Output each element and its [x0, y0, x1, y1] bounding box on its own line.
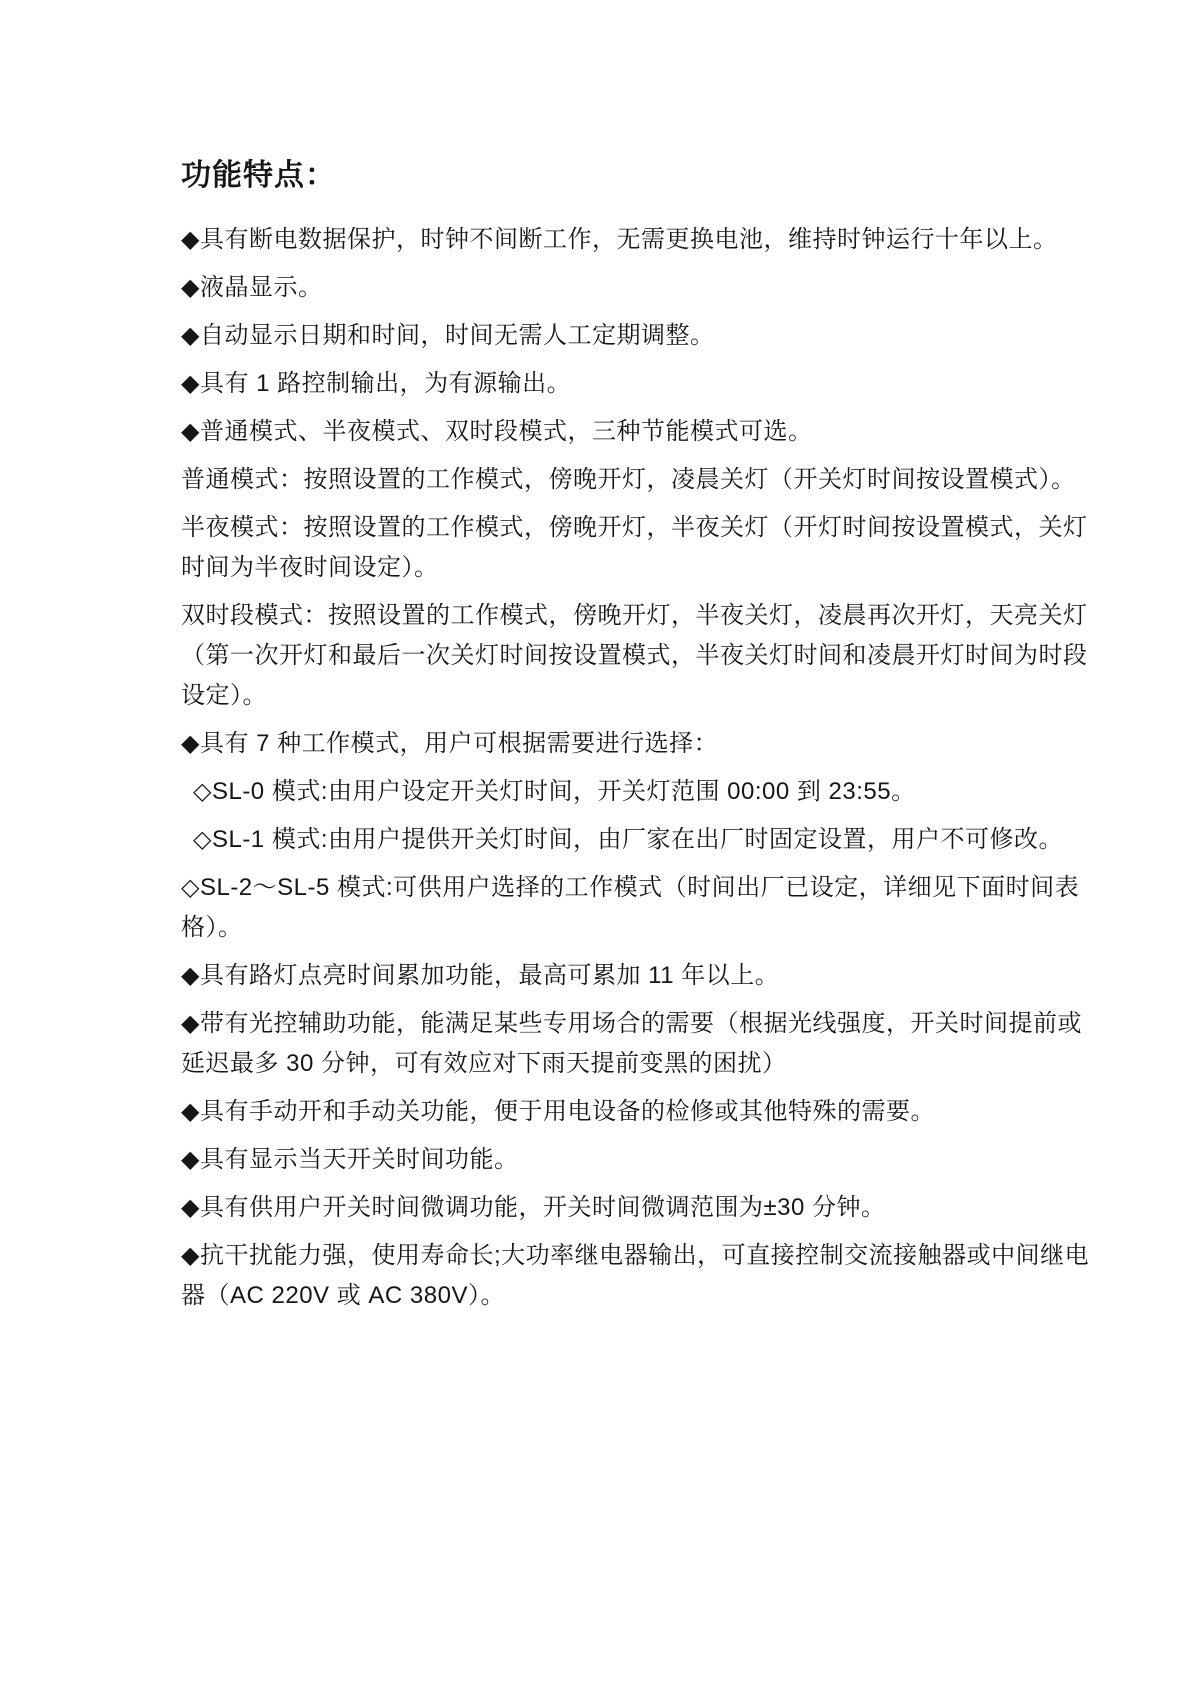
paragraph-9: ◆具有 7 种工作模式，用户可根据需要进行选择： [181, 724, 1041, 764]
paragraph-2-line-1: ◆液晶显示。 [181, 268, 1041, 308]
paragraph-4-line-1: ◆具有 1 路控制输出，为有源输出。 [181, 364, 1041, 404]
paragraph-16-line-1: ◆具有显示当天开关时间功能。 [181, 1140, 1041, 1180]
paragraph-11-line-1: ◇SL-1 模式:由用户提供开关灯时间，由厂家在出厂时固定设置，用户不可修改。 [193, 820, 1041, 860]
paragraph-7-line-1: 半夜模式：按照设置的工作模式，傍晚开灯，半夜关灯（开灯时间按设置模式，关灯 [181, 508, 1041, 548]
paragraph-12-line-2: 格）。 [181, 908, 1041, 948]
paragraph-13-line-1: ◆具有路灯点亮时间累加功能，最高可累加 11 年以上。 [181, 956, 1041, 996]
paragraph-14: ◆带有光控辅助功能，能满足某些专用场合的需要（根据光线强度，开关时间提前或延迟最… [181, 1004, 1041, 1084]
paragraph-5: ◆普通模式、半夜模式、双时段模式，三种节能模式可选。 [181, 412, 1041, 452]
paragraph-10: ◇SL-0 模式:由用户设定开关灯时间，开关灯范围 00:00 到 23:55。 [181, 772, 1041, 812]
paragraph-2: ◆液晶显示。 [181, 268, 1041, 308]
paragraph-8-line-2: （第一次开灯和最后一次关灯时间按设置模式，半夜关灯时间和凌晨开灯时间为时段 [181, 636, 1041, 676]
paragraph-3-line-1: ◆自动显示日期和时间，时间无需人工定期调整。 [181, 316, 1041, 356]
paragraph-12: ◇SL-2～SL-5 模式:可供用户选择的工作模式（时间出厂已设定，详细见下面时… [181, 868, 1041, 948]
feature-list: ◆具有断电数据保护，时钟不间断工作，无需更换电池，维持时钟运行十年以上。◆液晶显… [181, 220, 1041, 1316]
paragraph-15: ◆具有手动开和手动关功能，便于用电设备的检修或其他特殊的需要。 [181, 1092, 1041, 1132]
paragraph-8: 双时段模式：按照设置的工作模式，傍晚开灯，半夜关灯，凌晨再次开灯，天亮关灯（第一… [181, 596, 1041, 716]
paragraph-14-line-1: ◆带有光控辅助功能，能满足某些专用场合的需要（根据光线强度，开关时间提前或 [181, 1004, 1041, 1044]
paragraph-6-line-1: 普通模式：按照设置的工作模式，傍晚开灯，凌晨关灯（开关灯时间按设置模式）。 [181, 460, 1041, 500]
paragraph-9-line-1: ◆具有 7 种工作模式，用户可根据需要进行选择： [181, 724, 1041, 764]
paragraph-14-line-2: 延迟最多 30 分钟，可有效应对下雨天提前变黑的困扰） [181, 1044, 1041, 1084]
page-title: 功能特点： [181, 158, 1041, 194]
paragraph-16: ◆具有显示当天开关时间功能。 [181, 1140, 1041, 1180]
paragraph-4: ◆具有 1 路控制输出，为有源输出。 [181, 364, 1041, 404]
paragraph-17-line-1: ◆具有供用户开关时间微调功能，开关时间微调范围为±30 分钟。 [181, 1188, 1041, 1228]
paragraph-8-line-1: 双时段模式：按照设置的工作模式，傍晚开灯，半夜关灯，凌晨再次开灯，天亮关灯 [181, 596, 1041, 636]
paragraph-1: ◆具有断电数据保护，时钟不间断工作，无需更换电池，维持时钟运行十年以上。 [181, 220, 1041, 260]
paragraph-18: ◆抗干扰能力强，使用寿命长;大功率继电器输出，可直接控制交流接触器或中间继电器（… [181, 1236, 1041, 1316]
paragraph-18-line-1: ◆抗干扰能力强，使用寿命长;大功率继电器输出，可直接控制交流接触器或中间继电 [181, 1236, 1041, 1276]
paragraph-11: ◇SL-1 模式:由用户提供开关灯时间，由厂家在出厂时固定设置，用户不可修改。 [181, 820, 1041, 860]
paragraph-10-line-1: ◇SL-0 模式:由用户设定开关灯时间，开关灯范围 00:00 到 23:55。 [193, 772, 1041, 812]
document-page: 功能特点： ◆具有断电数据保护，时钟不间断工作，无需更换电池，维持时钟运行十年以… [0, 0, 1200, 1696]
paragraph-15-line-1: ◆具有手动开和手动关功能，便于用电设备的检修或其他特殊的需要。 [181, 1092, 1041, 1132]
paragraph-6: 普通模式：按照设置的工作模式，傍晚开灯，凌晨关灯（开关灯时间按设置模式）。 [181, 460, 1041, 500]
paragraph-17: ◆具有供用户开关时间微调功能，开关时间微调范围为±30 分钟。 [181, 1188, 1041, 1228]
paragraph-13: ◆具有路灯点亮时间累加功能，最高可累加 11 年以上。 [181, 956, 1041, 996]
paragraph-8-line-3: 设定）。 [181, 676, 1041, 716]
paragraph-18-line-2: 器（AC 220V 或 AC 380V）。 [181, 1276, 1041, 1316]
paragraph-7: 半夜模式：按照设置的工作模式，傍晚开灯，半夜关灯（开灯时间按设置模式，关灯时间为… [181, 508, 1041, 588]
paragraph-3: ◆自动显示日期和时间，时间无需人工定期调整。 [181, 316, 1041, 356]
paragraph-7-line-2: 时间为半夜时间设定）。 [181, 548, 1041, 588]
paragraph-1-line-1: ◆具有断电数据保护，时钟不间断工作，无需更换电池，维持时钟运行十年以上。 [181, 220, 1041, 260]
document-content: 功能特点： ◆具有断电数据保护，时钟不间断工作，无需更换电池，维持时钟运行十年以… [181, 158, 1041, 1324]
paragraph-5-line-1: ◆普通模式、半夜模式、双时段模式，三种节能模式可选。 [181, 412, 1041, 452]
paragraph-12-line-1: ◇SL-2～SL-5 模式:可供用户选择的工作模式（时间出厂已设定，详细见下面时… [181, 868, 1041, 908]
